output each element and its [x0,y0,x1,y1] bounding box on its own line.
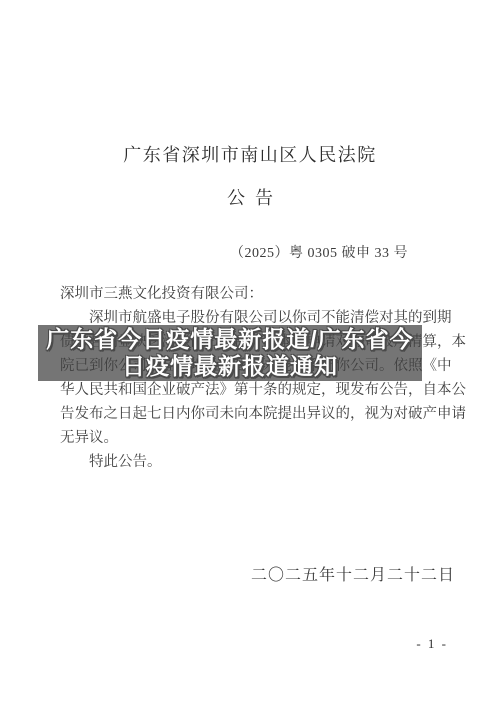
overlay-banner-text-line2: 日疫情最新报道通知 [122,353,338,380]
body-line: 告发布之日起七日内你司未向本院提出异议的，视为对破产申请 [60,402,470,426]
closing-line: 特此公告。 [60,450,470,474]
body-line: 无异议。 [60,426,470,450]
notice-title: 公告 [0,184,500,210]
overlay-banner-text-line1: 广东省今日疫情最新报道/广东省今 [46,326,413,353]
body-line: 华人民共和国企业破产法》第十条的规定，现发布公告，自本公 [60,378,470,402]
document-page: 广东省深圳市南山区人民法院 公告 （2025）粤 0305 破申 33 号 深圳… [0,0,500,706]
document-date: 二〇二五年十二月二十二日 [251,562,455,585]
page-number: - 1 - [416,636,448,652]
court-title: 广东省深圳市南山区人民法院 [0,141,500,167]
case-number: （2025）粤 0305 破申 33 号 [230,242,408,262]
addressee-line: 深圳市三燕文化投资有限公司： [60,282,470,306]
overlay-watermark-banner[interactable]: 广东省今日疫情最新报道/广东省今 日疫情最新报道通知 [38,325,422,381]
